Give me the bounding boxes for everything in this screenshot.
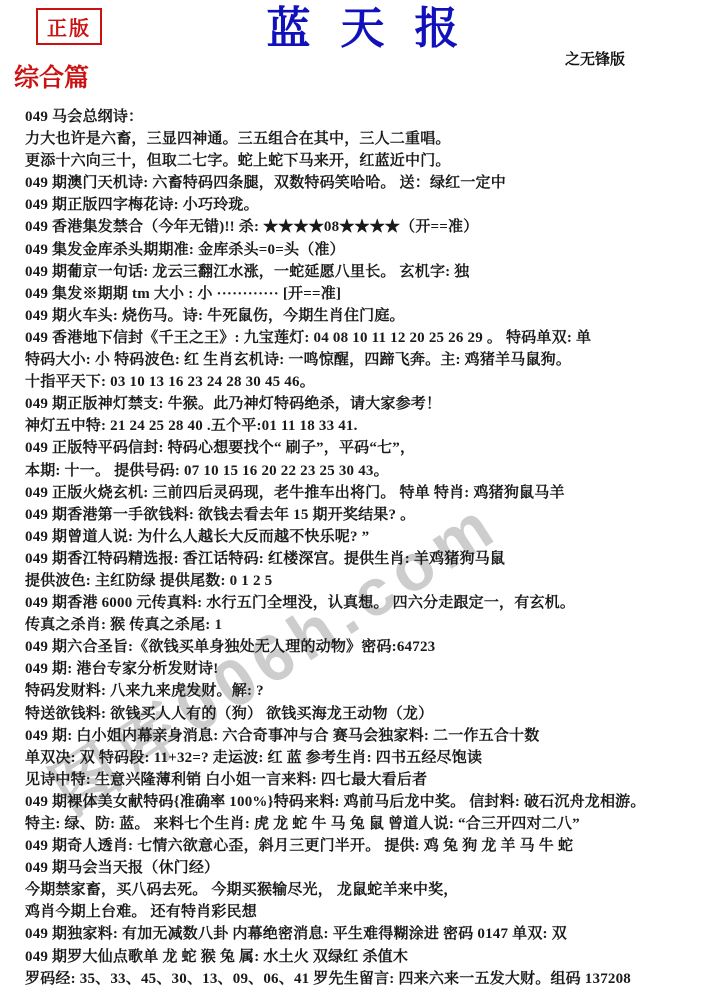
edition-label: 之无锋版 [565, 48, 625, 69]
report-line: 049 期香港第一手欲钱料: 欲钱去看去年 15 期开奖结果? 。 [25, 504, 717, 526]
report-line: 049 正版特平码信封: 特码心想要找个“ 刷子”，平码“七”， [25, 437, 717, 459]
report-line: 单双决: 双 特码段: 11+32=? 走运波: 红 蓝 参考生肖: 四书五经尽… [25, 747, 717, 769]
report-line: 更添十六向三十，但取二七字。蛇上蛇下马来开，红蓝近中门。 [25, 150, 717, 172]
report-line: 特主: 绿、防: 蓝。 来料七个生肖: 虎 龙 蛇 牛 马 兔 鼠 曾道人说: … [25, 813, 717, 835]
report-line: 049 期火车头: 烧伤马。诗: 牛死鼠伤，今期生肖住门庭。 [25, 305, 717, 327]
report-line: 特码发财料: 八来九来虎发财。解: ? [25, 680, 717, 702]
report-line: 049 期澳门天机诗: 六畜特码四条腿，双数特码笑哈哈。 送：绿红一定中 [25, 172, 717, 194]
report-line: 罗码经: 35、33、45、30、13、09、06、41 罗先生留言: 四来六来… [25, 968, 717, 990]
report-line: 力大也许是六畜，三显四神通。三五组合在其中，三人二重唱。 [25, 128, 717, 150]
report-line: 见诗中特: 生意兴隆薄利销 白小姐一言来料: 四七最大看后者 [25, 769, 717, 791]
report-line: 传真之杀肖: 猴 传真之杀尾: 1 [25, 614, 717, 636]
report-line: 特码大小: 小 特码波色: 红 生肖玄机诗: 一鸣惊醒，四蹄飞奔。主: 鸡猪羊马… [25, 349, 717, 371]
report-line: 十指平天下: 03 10 13 16 23 24 28 30 45 46。 [25, 371, 717, 393]
report-line: 049 期裸体美女献特码{准确率 100%}特码来料: 鸡前马后龙中奖。 信封料… [25, 791, 717, 813]
report-page: 图库006h.com 正版 蓝天报 之无锋版 综合篇 049 马会总纲诗：力大也… [0, 0, 725, 1007]
report-line: 049 期香港 6000 元传真料: 水行五门全埋没，认真想。 四六分走跟定一，… [25, 592, 717, 614]
report-line: 049 期曾道人说: 为什么人越长大反而越不快乐呢? ” [25, 526, 717, 548]
report-line: 049 香港地下信封《千王之王》: 九宝莲灯: 04 08 10 11 12 2… [25, 327, 717, 349]
report-line: 049 集发※期期 tm 大小 : 小 ············ [开==准] [25, 283, 717, 305]
report-line: 049 期正版神灯禁支: 牛猴。此乃神灯特码绝杀，请大家参考！ [25, 393, 717, 415]
report-body: 049 马会总纲诗：力大也许是六畜，三显四神通。三五组合在其中，三人二重唱。更添… [25, 106, 717, 990]
report-line: 049 期六合圣旨:《欲钱买单身独处无人理的动物》密码:64723 [25, 636, 717, 658]
report-line: 特送欲钱料: 欲钱买人人有的（狗） 欲钱买海龙王动物（龙） [25, 703, 717, 725]
report-line: 049 期马会当天报（休门经） [25, 857, 717, 879]
report-line: 提供波色: 主红防绿 提供尾数: 0 1 2 5 [25, 570, 717, 592]
report-line: 049 期: 白小姐内幕亲身消息: 六合奇事冲与合 赛马会独家料: 二一作五合十… [25, 725, 717, 747]
report-line: 049 香港集发禁合（今年无错)!! 杀: ★★★★08★★★★（开==准） [25, 216, 717, 238]
report-line: 049 期独家料: 有加无减数八卦 内幕绝密消息: 平生难得糊涂进 密码 014… [25, 923, 717, 945]
report-line: 今期禁家畜，买八码去死。 今期买猴输尽光， 龙鼠蛇羊来中奖， [25, 879, 717, 901]
report-line: 鸡肖今期上台难。 还有特肖彩民想 [25, 901, 717, 923]
report-line: 049 正版火烧玄机: 三前四后灵码现，老牛推车出将门。 特单 特肖: 鸡猪狗鼠… [25, 482, 717, 504]
report-line: 神灯五中特: 21 24 25 28 40 .五个平:01 11 18 33 4… [25, 415, 717, 437]
report-line: 049 期奇人透肖: 七情六欲意心歪，斜月三更门半开。 提供: 鸡 兔 狗 龙 … [25, 835, 717, 857]
section-title: 综合篇 [14, 58, 89, 94]
report-line: 049 期葡京一句话: 龙云三翻江水涨，一蛇延愿八里长。 玄机字: 独 [25, 261, 717, 283]
report-line: 049 期罗大仙点歌单 龙 蛇 猴 兔 属: 水土火 双绿红 杀值木 [25, 946, 717, 968]
report-line: 本期: 十一。 提供号码: 07 10 15 16 20 22 23 25 30… [25, 460, 717, 482]
report-line: 049 期香江特码精选报: 香江话特码: 红楼深宫。提供生肖: 羊鸡猪狗马鼠 [25, 548, 717, 570]
report-line: 049 马会总纲诗： [25, 106, 717, 128]
report-line: 049 集发金库杀头期期准: 金库杀头=0=头（准） [25, 239, 717, 261]
report-line: 049 期: 港台专家分析发财诗! [25, 658, 717, 680]
report-line: 049 期正版四字梅花诗: 小巧玲珑。 [25, 194, 717, 216]
